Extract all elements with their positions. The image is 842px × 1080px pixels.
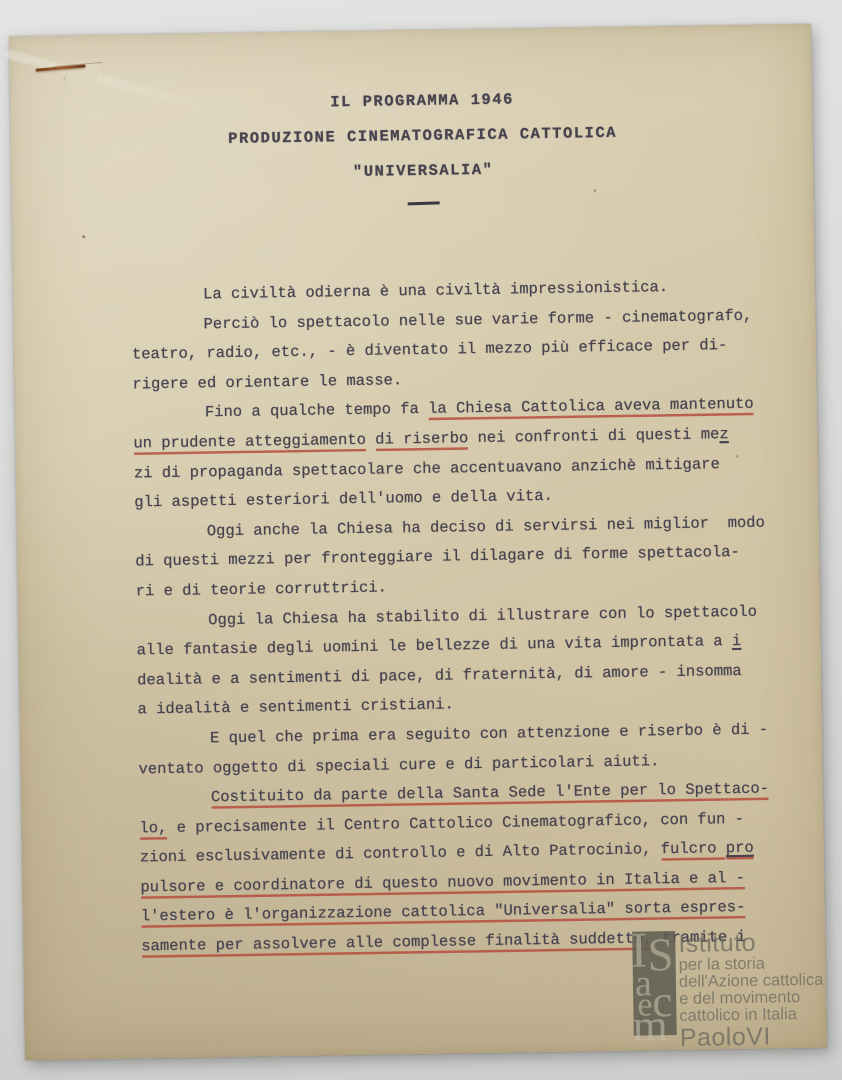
- watermark-line: PaoloVI: [680, 1022, 842, 1051]
- watermark-line: per la storia: [679, 954, 842, 974]
- red-underlined-text: fulcro: [661, 839, 726, 858]
- document-scan: IL PROGRAMMA 1946 PRODUZIONE CINEMATOGRA…: [0, 0, 842, 1080]
- typed-text: Perciò lo spettacolo nelle sue varie for…: [203, 306, 752, 333]
- typed-text: [366, 431, 376, 449]
- typed-text: dealità e a sentimenti di pace, di frate…: [137, 662, 742, 689]
- paper-specks: [82, 235, 85, 238]
- title-divider: [408, 201, 440, 205]
- underlined-text: z: [719, 425, 729, 443]
- typed-text: e precisamente il Centro Cattolico Cinem…: [167, 810, 744, 837]
- red-underlined-text: Costituito da parte della Santa Sede l'E…: [211, 780, 769, 807]
- watermark-line: dell'Azione cattolica: [679, 971, 842, 991]
- typed-text: ventato oggetto di speciali cure e di pa…: [138, 752, 659, 778]
- typed-text: zi di propaganda spettacolare che accent…: [134, 455, 720, 482]
- typed-text: Fino a qualche tempo fa: [205, 400, 429, 422]
- typed-text: tramite i: [653, 928, 746, 947]
- red-underlined-text: l'estero è l'organizzazione cattolica "U…: [141, 898, 746, 925]
- typed-text: alle fantasie degli uomini le bellezze d…: [137, 632, 733, 659]
- monogram-letter: e: [637, 988, 653, 1022]
- underlined-text: i: [732, 632, 742, 650]
- paper-tear: [63, 57, 99, 88]
- typed-text: zioni esclusivamente di controllo e di A…: [140, 841, 661, 867]
- red-underlined-text: lo,: [139, 819, 167, 837]
- typed-text: Oggi la Chiesa ha stabilito di illustrar…: [208, 602, 757, 629]
- red-underlined-text: samente per assolvere alle complesse fin…: [141, 929, 653, 955]
- document-title: IL PROGRAMMA 1946 PRODUZIONE CINEMATOGRA…: [10, 78, 814, 212]
- watermark-line: cattolico in Italia: [679, 1005, 842, 1025]
- typed-text: a idealità e sentimenti cristiani.: [137, 696, 454, 719]
- red-underlined-text: di riserbo: [375, 429, 468, 448]
- paper-page: IL PROGRAMMA 1946 PRODUZIONE CINEMATOGRA…: [9, 24, 827, 1060]
- watermark-line: e del movimento: [679, 988, 842, 1008]
- monogram-letter: m: [632, 1003, 668, 1049]
- red-underlined-text: pulsore e coordinatore di questo nuovo m…: [140, 869, 745, 896]
- monogram-letter: c: [652, 979, 673, 1024]
- typed-text: gli aspetti esteriori dell'uomo e della …: [134, 487, 553, 512]
- typed-text: La civiltà odierna è una civiltà impress…: [203, 278, 668, 303]
- red-underlined-text: un prudente atteggiamento: [133, 431, 366, 453]
- red-underlined-text: pro: [726, 839, 754, 857]
- typed-text: teatro, radio, etc., - è diventato il me…: [132, 336, 728, 363]
- typed-text: rigere ed orientare le masse.: [132, 371, 402, 393]
- typed-text: Oggi anche la Chiesa ha deciso di servir…: [207, 513, 765, 540]
- typed-text: E quel che prima era seguito con attenzi…: [210, 720, 768, 747]
- typed-lines: La civiltà odierna è una civiltà impress…: [131, 272, 772, 962]
- typed-text: ri e di teorie corruttrici.: [136, 578, 387, 600]
- red-underlined-text: la Chiesa Cattolica aveva mantenuto: [428, 395, 754, 418]
- typed-text: di questi mezzi per fronteggiare il dila…: [135, 543, 740, 570]
- monogram-letter: a: [635, 964, 652, 1002]
- typed-text: nei confronti di questi me: [468, 425, 719, 447]
